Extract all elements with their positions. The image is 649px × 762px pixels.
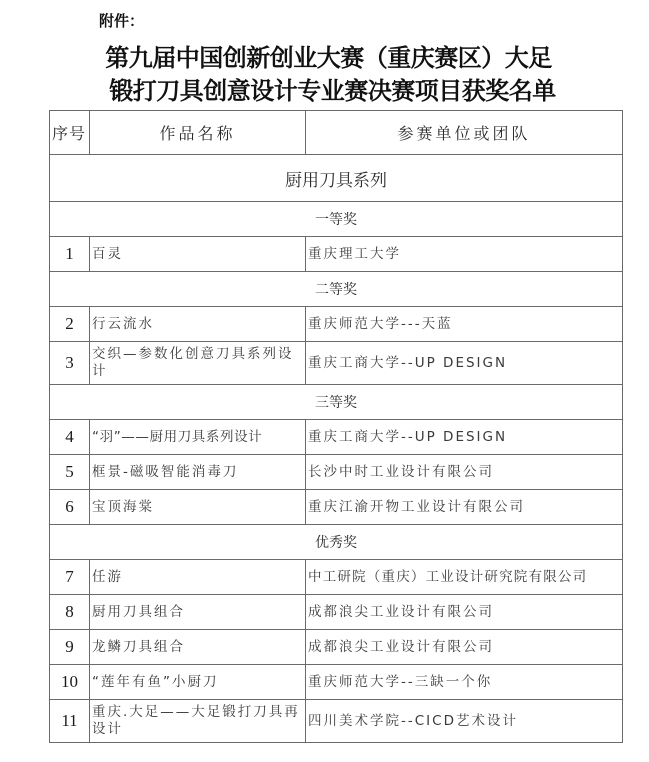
- entry-number: 11: [50, 700, 90, 743]
- tier-row: 二等奖: [50, 272, 623, 307]
- entry-work-name: 厨用刀具组合: [90, 595, 306, 630]
- awards-table: 序号 作品名称 参赛单位或团队 厨用刀具系列 一等奖 1 百灵 重庆理工大学 二…: [49, 110, 623, 743]
- tier-label-first-prize: 一等奖: [50, 202, 623, 237]
- entry-number: 9: [50, 630, 90, 665]
- document-title-line-1: 第九届中国创新创业大赛（重庆赛区）大足: [4, 42, 649, 74]
- table-row: 11 重庆.大足——大足锻打刀具再设计 四川美术学院--CICD艺术设计: [50, 700, 623, 743]
- entry-work-name: 框景-磁吸智能消毒刀: [90, 455, 306, 490]
- table-row: 10 “莲年有鱼”小厨刀 重庆师范大学--三缺一个你: [50, 665, 623, 700]
- tier-row: 一等奖: [50, 202, 623, 237]
- tier-row: 优秀奖: [50, 525, 623, 560]
- tier-label-second-prize: 二等奖: [50, 272, 623, 307]
- entry-number: 2: [50, 307, 90, 342]
- table-row: 9 龙鳞刀具组合 成都浪尖工业设计有限公司: [50, 630, 623, 665]
- entry-number: 7: [50, 560, 90, 595]
- table-row: 1 百灵 重庆理工大学: [50, 237, 623, 272]
- entry-work-name: 任游: [90, 560, 306, 595]
- entry-number: 8: [50, 595, 90, 630]
- entry-team: 重庆理工大学: [306, 237, 623, 272]
- table-row: 7 任游 中工研院（重庆）工业设计研究院有限公司: [50, 560, 623, 595]
- document-title-line-2: 锻打刀具创意设计专业赛决赛项目获奖名单: [8, 75, 649, 107]
- entry-work-name: 百灵: [90, 237, 306, 272]
- header-team: 参赛单位或团队: [306, 111, 623, 155]
- tier-row: 三等奖: [50, 385, 623, 420]
- entry-team: 中工研院（重庆）工业设计研究院有限公司: [306, 560, 623, 595]
- header-work-name: 作品名称: [90, 111, 306, 155]
- entry-team: 重庆工商大学--UP DESIGN: [306, 342, 623, 385]
- entry-team: 重庆江渝开物工业设计有限公司: [306, 490, 623, 525]
- entry-work-name: 交织—参数化创意刀具系列设计: [90, 342, 306, 385]
- entry-number: 3: [50, 342, 90, 385]
- entry-work-name: “莲年有鱼”小厨刀: [90, 665, 306, 700]
- table-row: 5 框景-磁吸智能消毒刀 长沙中时工业设计有限公司: [50, 455, 623, 490]
- entry-team: 长沙中时工业设计有限公司: [306, 455, 623, 490]
- table-row: 6 宝顶海棠 重庆江渝开物工业设计有限公司: [50, 490, 623, 525]
- entry-work-name: “羽”——厨用刀具系列设计: [90, 420, 306, 455]
- entry-team: 重庆师范大学---天蓝: [306, 307, 623, 342]
- entry-team: 四川美术学院--CICD艺术设计: [306, 700, 623, 743]
- header-number: 序号: [50, 111, 90, 155]
- series-label: 厨用刀具系列: [50, 155, 623, 202]
- entry-work-name: 行云流水: [90, 307, 306, 342]
- entry-team: 重庆师范大学--三缺一个你: [306, 665, 623, 700]
- entry-number: 1: [50, 237, 90, 272]
- entry-work-name: 宝顶海棠: [90, 490, 306, 525]
- table-header-row: 序号 作品名称 参赛单位或团队: [50, 111, 623, 155]
- table-row: 8 厨用刀具组合 成都浪尖工业设计有限公司: [50, 595, 623, 630]
- entry-number: 10: [50, 665, 90, 700]
- entry-number: 5: [50, 455, 90, 490]
- attachment-label: 附件：: [99, 10, 144, 31]
- entry-team: 成都浪尖工业设计有限公司: [306, 595, 623, 630]
- entry-team: 成都浪尖工业设计有限公司: [306, 630, 623, 665]
- table-row: 4 “羽”——厨用刀具系列设计 重庆工商大学--UP DESIGN: [50, 420, 623, 455]
- table-row: 2 行云流水 重庆师范大学---天蓝: [50, 307, 623, 342]
- tier-label-honorable-mention: 优秀奖: [50, 525, 623, 560]
- entry-number: 6: [50, 490, 90, 525]
- entry-team: 重庆工商大学--UP DESIGN: [306, 420, 623, 455]
- entry-number: 4: [50, 420, 90, 455]
- entry-work-name: 重庆.大足——大足锻打刀具再设计: [90, 700, 306, 743]
- series-row: 厨用刀具系列: [50, 155, 623, 202]
- entry-work-name: 龙鳞刀具组合: [90, 630, 306, 665]
- tier-label-third-prize: 三等奖: [50, 385, 623, 420]
- table-row: 3 交织—参数化创意刀具系列设计 重庆工商大学--UP DESIGN: [50, 342, 623, 385]
